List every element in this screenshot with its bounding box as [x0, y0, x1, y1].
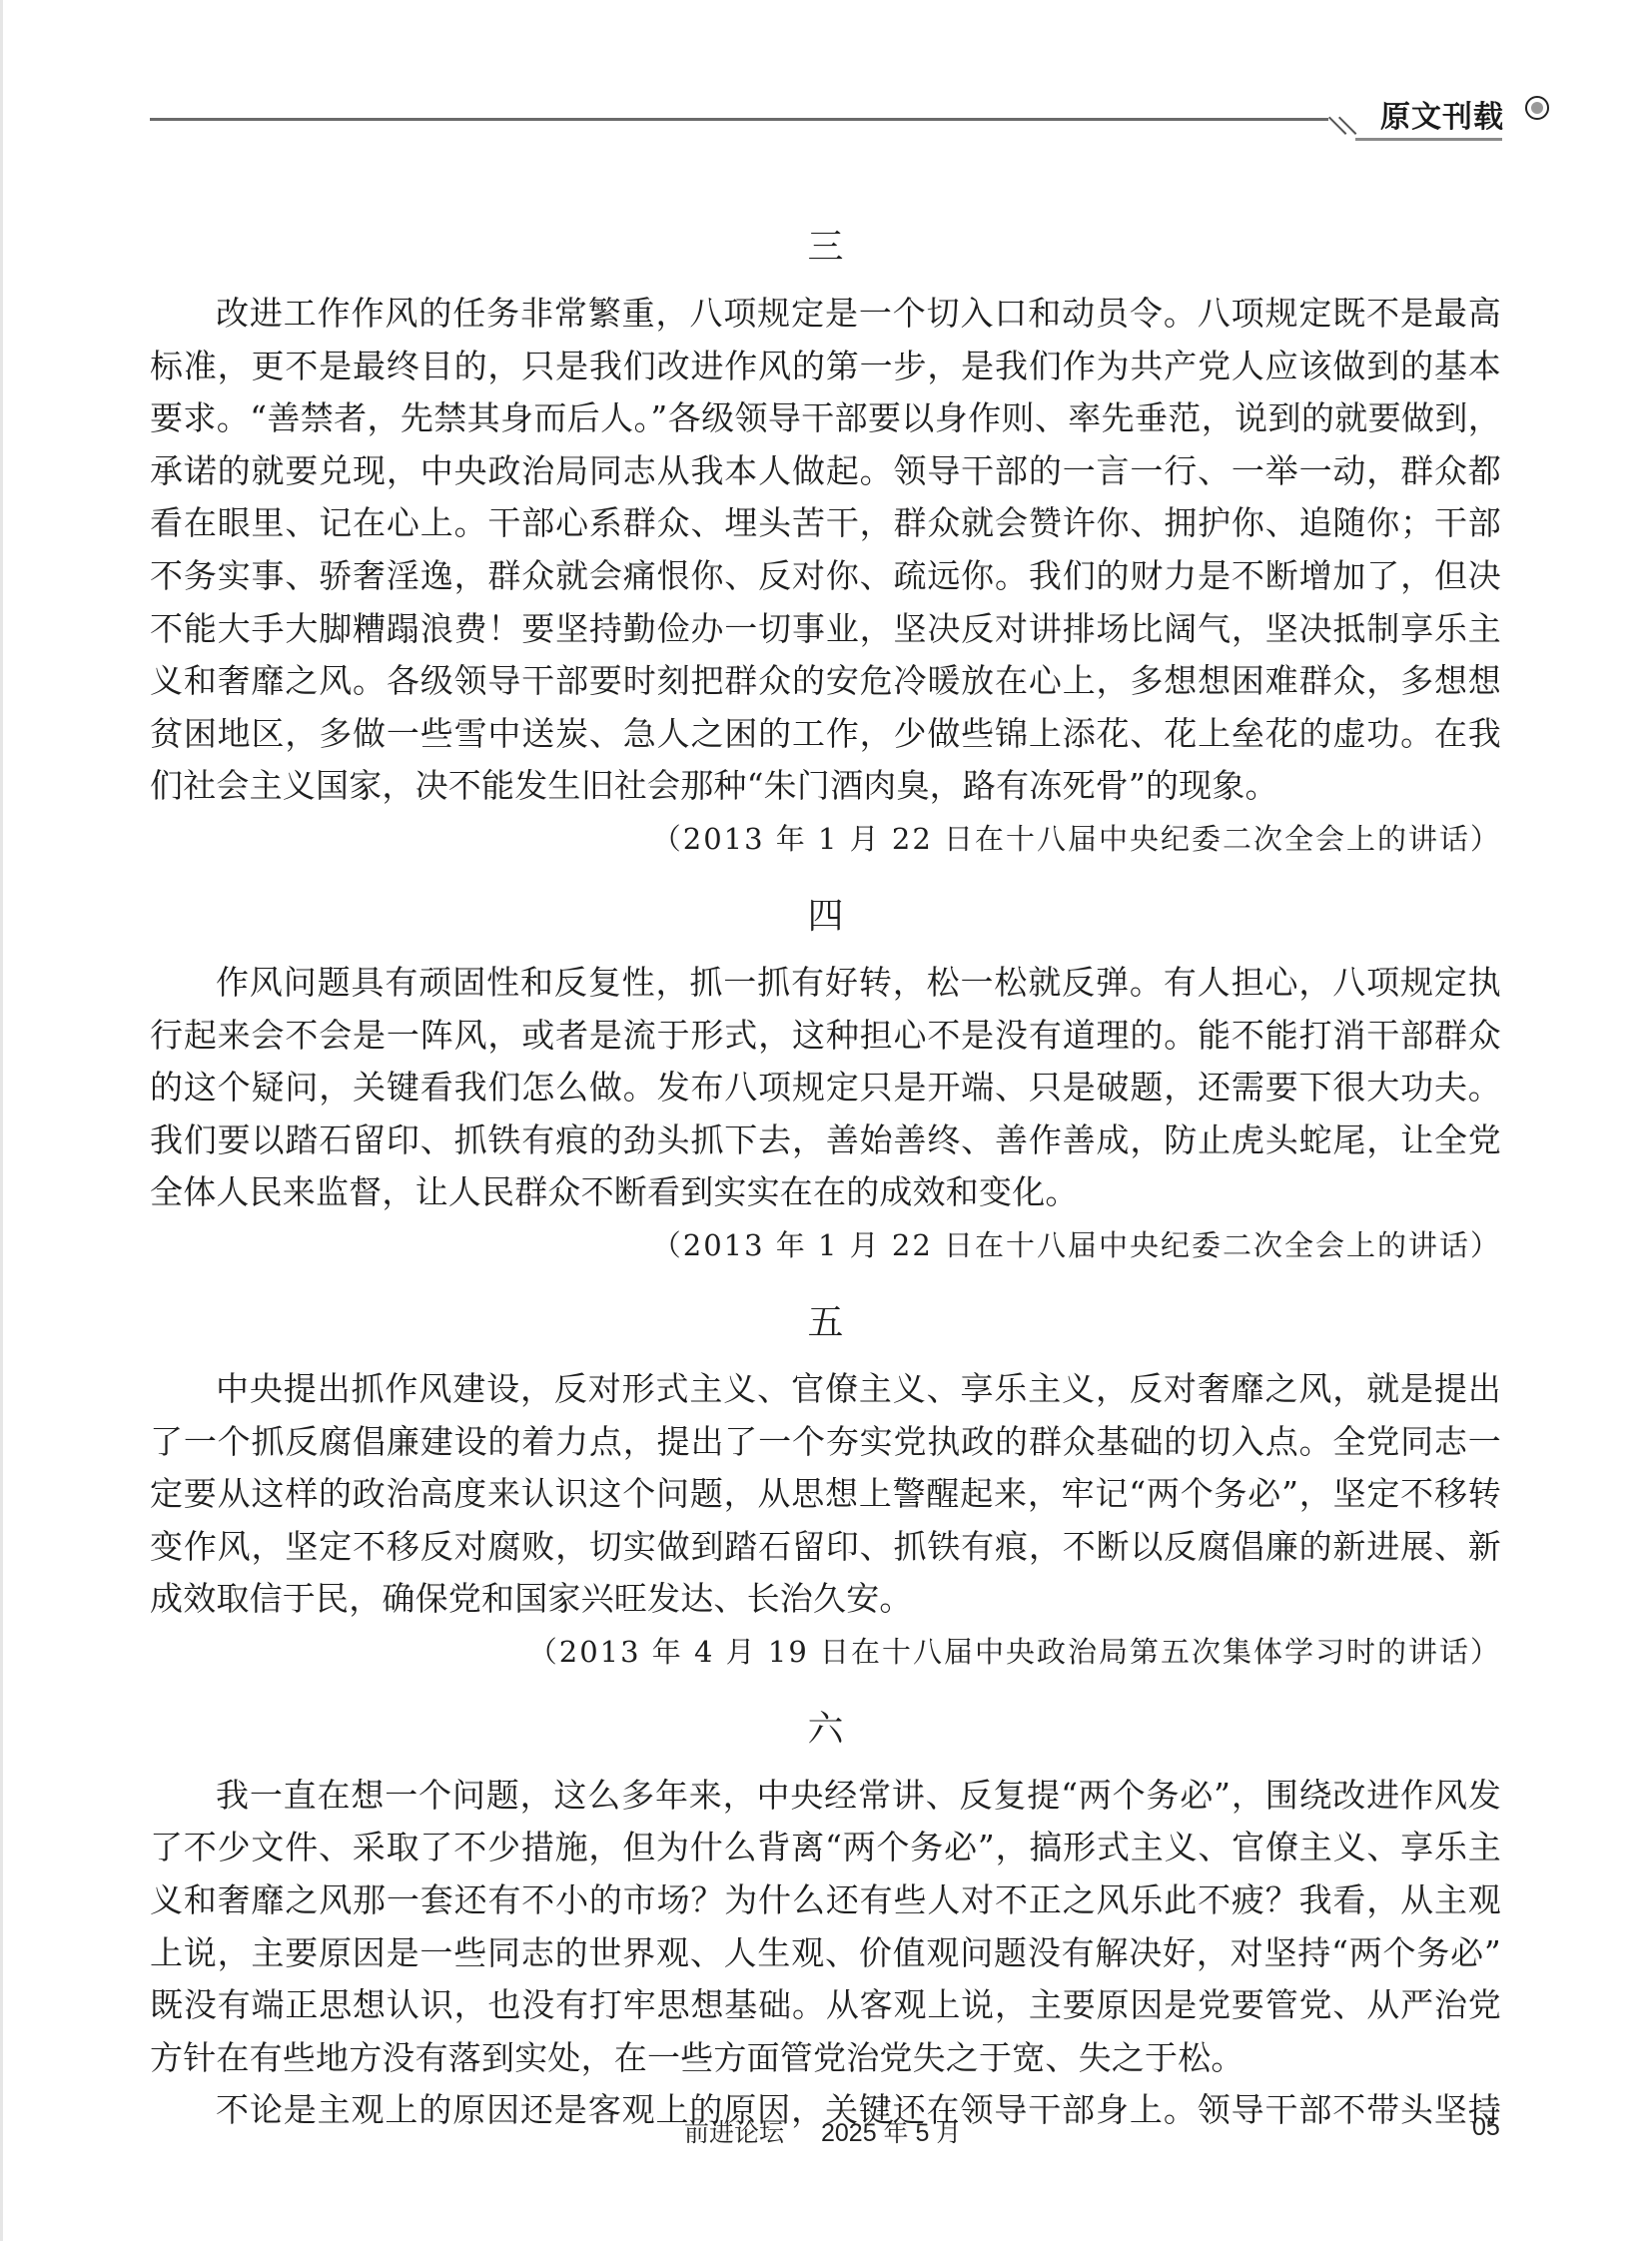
paragraph: 我一直在想一个问题，这么多年来，中央经常讲、反复提“两个务必”，围绕改进作风发 … [150, 1770, 1501, 2085]
section-4: 四 作风问题具有顽固性和反复性，抓一抓有好转，松一松就反弹。有人担心，八项规定执… [150, 891, 1501, 1271]
header-rule [150, 118, 1328, 121]
text-line: 了不少文件、采取了不少措施，但为什么背离“两个务必”，搞形式主义、官僚主义、享乐… [150, 1822, 1501, 1874]
text-line: 既没有端正思想认识，也没有打牢思想基础。从客观上说，主要原因是党要管党、从严治党 [150, 1979, 1501, 2032]
section-5: 五 中央提出抓作风建设，反对形式主义、官僚主义、享乐主义，反对奢靡之风，就是提出… [150, 1297, 1501, 1678]
text-line: 全体人民来监督，让人民群众不断看到实实在在的成效和变化。 [150, 1166, 1501, 1219]
header-slash-decoration [1338, 117, 1356, 135]
source-citation: （2013 年 1 月 22 日在十八届中央纪委二次全会上的讲话） [150, 813, 1501, 865]
text-line: 改进工作作风的任务非常繁重，八项规定是一个切入口和动员令。八项规定既不是最高 [150, 288, 1501, 341]
text-line: 义和奢靡之风。各级领导干部要时刻把群众的安危冷暖放在心上，多想想困难群众，多想想 [150, 655, 1501, 708]
text-line: 作风问题具有顽固性和反复性，抓一抓有好转，松一松就反弹。有人担心，八项规定执 [150, 957, 1501, 1010]
footer-issue-date: 2025 年 5 月 [821, 2113, 961, 2149]
page-edge [0, 0, 3, 2241]
header-slash-decoration [1328, 117, 1346, 135]
text-line: 变作风，坚定不移反对腐败，切实做到踏石留印、抓铁有痕，不断以反腐倡廉的新进展、新 [150, 1521, 1501, 1574]
section-heading: 四 [150, 891, 1501, 943]
text-line: 了一个抓反腐倡廉建设的着力点，提出了一个夯实党执政的群众基础的切入点。全党同志一 [150, 1416, 1501, 1469]
text-line: 中央提出抓作风建设，反对形式主义、官僚主义、享乐主义，反对奢靡之风，就是提出 [150, 1363, 1501, 1416]
text-line: 义和奢靡之风那一套还有不小的市场？为什么还有些人对不正之风乐此不疲？我看，从主观 [150, 1874, 1501, 1927]
article-body: 三 改进工作作风的任务非常繁重，八项规定是一个切入口和动员令。八项规定既不是最高… [150, 222, 1501, 2137]
section-tag: 原文刊载 [1380, 92, 1504, 136]
section-heading: 三 [150, 222, 1501, 274]
text-line: 方针在有些地方没有落到实处，在一些方面管党治党失之于宽、失之于松。 [150, 2032, 1501, 2085]
text-line: 的这个疑问，关键看我们怎么做。发布八项规定只是开端、只是破题，还需要下很大功夫。 [150, 1062, 1501, 1115]
text-line: 要求。“善禁者，先禁其身而后人。”各级领导干部要以身作则、率先垂范，说到的就要做… [150, 392, 1501, 445]
text-line: 不务实事、骄奢淫逸，群众就会痛恨你、反对你、疏远你。我们的财力是不断增加了，但决 [150, 550, 1501, 603]
text-line: 成效取信于民，确保党和国家兴旺发达、长治久安。 [150, 1573, 1501, 1626]
section-6: 六 我一直在想一个问题，这么多年来，中央经常讲、反复提“两个务必”，围绕改进作风… [150, 1704, 1501, 2137]
section-3: 三 改进工作作风的任务非常繁重，八项规定是一个切入口和动员令。八项规定既不是最高… [150, 222, 1501, 865]
paragraph: 中央提出抓作风建设，反对形式主义、官僚主义、享乐主义，反对奢靡之风，就是提出 了… [150, 1363, 1501, 1626]
text-line: 标准，更不是最终目的，只是我们改进作风的第一步，是我们作为共产党人应该做到的基本 [150, 341, 1501, 393]
footer-journal-name: 前进论坛 [684, 2113, 784, 2149]
source-citation: （2013 年 4 月 19 日在十八届中央政治局第五次集体学习时的讲话） [150, 1626, 1501, 1678]
text-line: 上说，主要原因是一些同志的世界观、人生观、价值观问题没有解决好，对坚持“两个务必… [150, 1927, 1501, 1980]
text-line: 定要从这样的政治高度来认识这个问题，从思想上警醒起来，牢记“两个务必”，坚定不移… [150, 1468, 1501, 1521]
text-line: 们社会主义国家，决不能发生旧社会那种“朱门酒肉臭，路有冻死骨”的现象。 [150, 760, 1501, 813]
text-line: 承诺的就要兑现，中央政治局同志从我本人做起。领导干部的一言一行、一举一动，群众都 [150, 445, 1501, 498]
header-rule-underline [1355, 138, 1502, 141]
text-line: 行起来会不会是一阵风，或者是流于形式，这种担心不是没有道理的。能不能打消干部群众 [150, 1010, 1501, 1063]
page-number: 05 [1472, 2113, 1500, 2142]
source-citation: （2013 年 1 月 22 日在十八届中央纪委二次全会上的讲话） [150, 1219, 1501, 1271]
text-line: 我们要以踏石留印、抓铁有痕的劲头抓下去，善始善终、善作善成，防止虎头蛇尾，让全党 [150, 1115, 1501, 1167]
text-line: 我一直在想一个问题，这么多年来，中央经常讲、反复提“两个务必”，围绕改进作风发 [150, 1770, 1501, 1823]
paragraph: 作风问题具有顽固性和反复性，抓一抓有好转，松一松就反弹。有人担心，八项规定执 行… [150, 957, 1501, 1219]
section-heading: 六 [150, 1704, 1501, 1756]
text-line: 看在眼里、记在心上。干部心系群众、埋头苦干，群众就会赞许你、拥护你、追随你；干部 [150, 497, 1501, 550]
text-line: 贫困地区，多做一些雪中送炭、急人之困的工作，少做些锦上添花、花上垒花的虚功。在我 [150, 708, 1501, 761]
text-line: 不能大手大脚糟蹋浪费！要坚持勤俭办一切事业，坚决反对讲排场比阔气，坚决抵制享乐主 [150, 603, 1501, 656]
section-heading: 五 [150, 1297, 1501, 1349]
paragraph: 改进工作作风的任务非常繁重，八项规定是一个切入口和动员令。八项规定既不是最高 标… [150, 288, 1501, 813]
target-icon [1525, 96, 1549, 120]
